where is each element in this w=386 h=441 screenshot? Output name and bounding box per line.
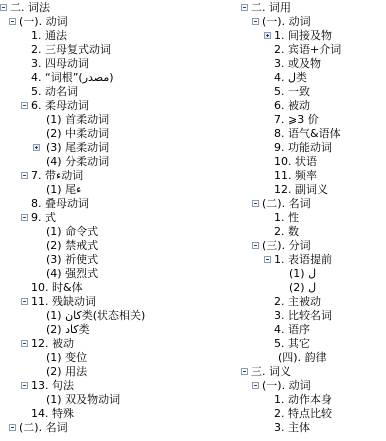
tree-node-label: (2) كاد类 [46, 323, 90, 337]
tree-node-label: (二). 名词 [262, 197, 311, 211]
tree-node-label: (2) ل [289, 281, 316, 295]
tree-node-label: 2. 数 [274, 225, 299, 239]
collapse-icon[interactable] [252, 242, 259, 249]
tree-node-label: 5. 一致 [274, 85, 310, 99]
collapse-icon[interactable] [264, 256, 271, 263]
tree-node-label: 10. 时&体 [31, 281, 83, 295]
collapse-icon[interactable] [252, 200, 259, 207]
tree-node-label: (1) 首柔动词 [46, 113, 109, 127]
tree-node-label: (1) 双及物动词 [46, 393, 120, 407]
tree-node-label: (4) 分柔动词 [46, 155, 109, 169]
tree-node-label: (3) 尾柔动词 [46, 141, 109, 155]
collapse-icon[interactable] [241, 4, 248, 11]
tree-node-label: (一). 动词 [262, 15, 311, 29]
tree-node-label: 4. 语序 [274, 323, 310, 337]
tree-node-label: 2. 主被动 [274, 295, 321, 309]
tree-node-label: 二. 词用 [251, 1, 291, 15]
tree-node-label: (4) 强烈式 [46, 267, 98, 281]
collapse-icon[interactable] [21, 214, 28, 221]
tree-node-label: 3. 或及物 [274, 57, 321, 71]
tree-node-label: 9. 功能动词 [274, 141, 332, 155]
expand-icon[interactable] [264, 32, 271, 39]
tree-node-label: 6. 被动 [274, 99, 310, 113]
tree-node-label: 7. ⩾3 价 [274, 113, 319, 127]
tree-node-label: (1) 变位 [46, 351, 87, 365]
collapse-icon[interactable] [241, 368, 248, 375]
tree-node-label: (四). 韵律 [278, 351, 327, 365]
tree-node-label: 2. 三母复式动词 [31, 43, 111, 57]
tree-node-label: 6. 柔母动词 [31, 99, 89, 113]
collapse-icon[interactable] [9, 424, 16, 431]
tree-node-label: (二). 名词 [19, 421, 68, 435]
tree-node-label: 1. 性 [274, 211, 299, 225]
tree-node-label: (1) 尾ء [46, 183, 81, 197]
tree-node-label: 1. 通法 [31, 29, 67, 43]
tree-node-label: 3. 主体 [274, 421, 310, 435]
tree-node-label: 10. 状语 [274, 155, 317, 169]
tree-node-label: (1) ل [289, 267, 316, 281]
collapse-icon[interactable] [252, 18, 259, 25]
tree-node-label: 5. 动名词 [31, 85, 78, 99]
tree-node-label: 4. ل类 [274, 71, 307, 85]
collapse-icon[interactable] [21, 382, 28, 389]
tree-node-label: 1. 间接及物 [274, 29, 332, 43]
tree-node-label: 12. 副词义 [274, 183, 328, 197]
collapse-icon[interactable] [21, 298, 28, 305]
tree-node-label: 8. 叠母动词 [31, 197, 89, 211]
tree-node-label: 三. 词义 [251, 365, 291, 379]
tree-node-label: (2) 禁戒式 [46, 239, 98, 253]
collapse-icon[interactable] [252, 382, 259, 389]
collapse-icon[interactable] [21, 102, 28, 109]
tree-node-label: (2) 中柔动词 [46, 127, 109, 141]
tree-node-label: 13. 句法 [31, 379, 74, 393]
tree-node-label: 2. 特点比较 [274, 407, 332, 421]
tree-node-label: 3. 四母动词 [31, 57, 89, 71]
tree-node-label: 9. 式 [31, 211, 56, 225]
tree-node-label: 8. 语气&语体 [274, 127, 341, 141]
tree-node-label: 2. 宾语+介词 [274, 43, 341, 57]
tree-node-label: 1. 动作本身 [274, 393, 332, 407]
collapse-icon[interactable] [9, 18, 16, 25]
tree-node-label: (3) 祈使式 [46, 253, 98, 267]
tree-node-label: 4. “词根”(مصدر) [31, 71, 114, 85]
expand-icon[interactable] [33, 144, 40, 151]
tree-node-label: (一). 动词 [262, 379, 311, 393]
tree-node-label: (三). 分词 [262, 239, 311, 253]
collapse-icon[interactable] [21, 172, 28, 179]
tree-node-label: (2) 用法 [46, 365, 87, 379]
collapse-icon[interactable] [0, 4, 7, 11]
tree-node-label: 3. 比较名词 [274, 309, 332, 323]
tree-node-label: 5. 其它 [274, 337, 310, 351]
tree-node-label: 7. 带ء动词 [31, 169, 83, 183]
tree-node-label: 12. 被动 [31, 337, 74, 351]
tree-node-label: 11. 残缺动词 [31, 295, 96, 309]
tree-node-label: (1) 命令式 [46, 225, 98, 239]
collapse-icon[interactable] [21, 340, 28, 347]
tree-node-label: (一). 动词 [19, 15, 68, 29]
tree-node-label: 11. 频率 [274, 169, 317, 183]
tree-node-label: 14. 特殊 [31, 407, 74, 421]
tree-node-label: (1) كان类(状态相关) [46, 309, 145, 323]
tree-node-label: 1. 表语提前 [274, 253, 332, 267]
tree-node-label: 二. 词法 [10, 1, 50, 15]
